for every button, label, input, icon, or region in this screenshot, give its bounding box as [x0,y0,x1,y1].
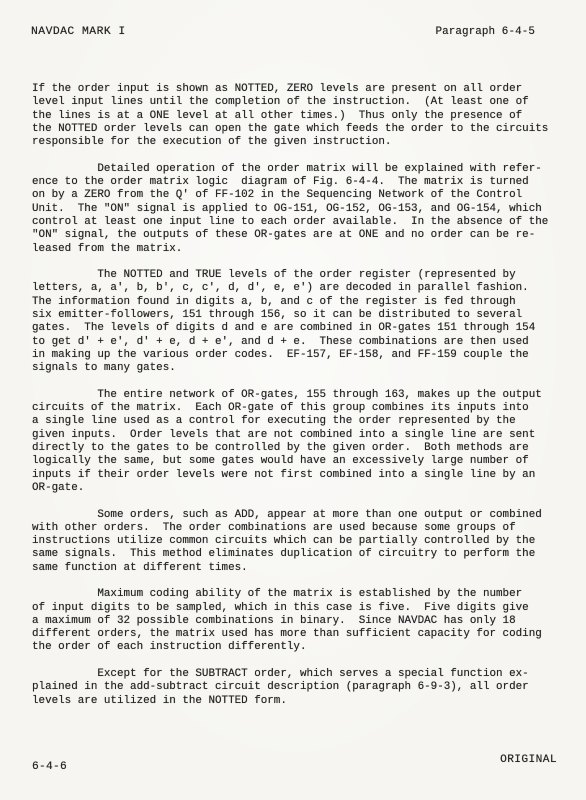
page-number: 6-4-6 [32,761,67,773]
document-title: NAVDAC MARK I [31,26,126,38]
body-paragraph: The entire network of OR-gates, 155 thro… [32,389,572,495]
document-body: If the order input is shown as NOTTED, Z… [32,83,572,721]
body-paragraph: Some orders, such as ADD, appear at more… [32,509,572,575]
body-paragraph: The NOTTED and TRUE levels of the order … [32,269,572,375]
body-paragraph: Maximum coding ability of the matrix is … [32,588,572,654]
paragraph-reference: Paragraph 6-4-5 [435,26,535,38]
body-paragraph: Except for the SUBTRACT order, which ser… [32,668,572,708]
revision-label: ORIGINAL [500,754,557,766]
body-paragraph: Detailed operation of the order matrix w… [32,163,572,256]
body-paragraph: If the order input is shown as NOTTED, Z… [32,83,572,149]
document-page: NAVDAC MARK I Paragraph 6-4-5 If the ord… [0,0,586,800]
